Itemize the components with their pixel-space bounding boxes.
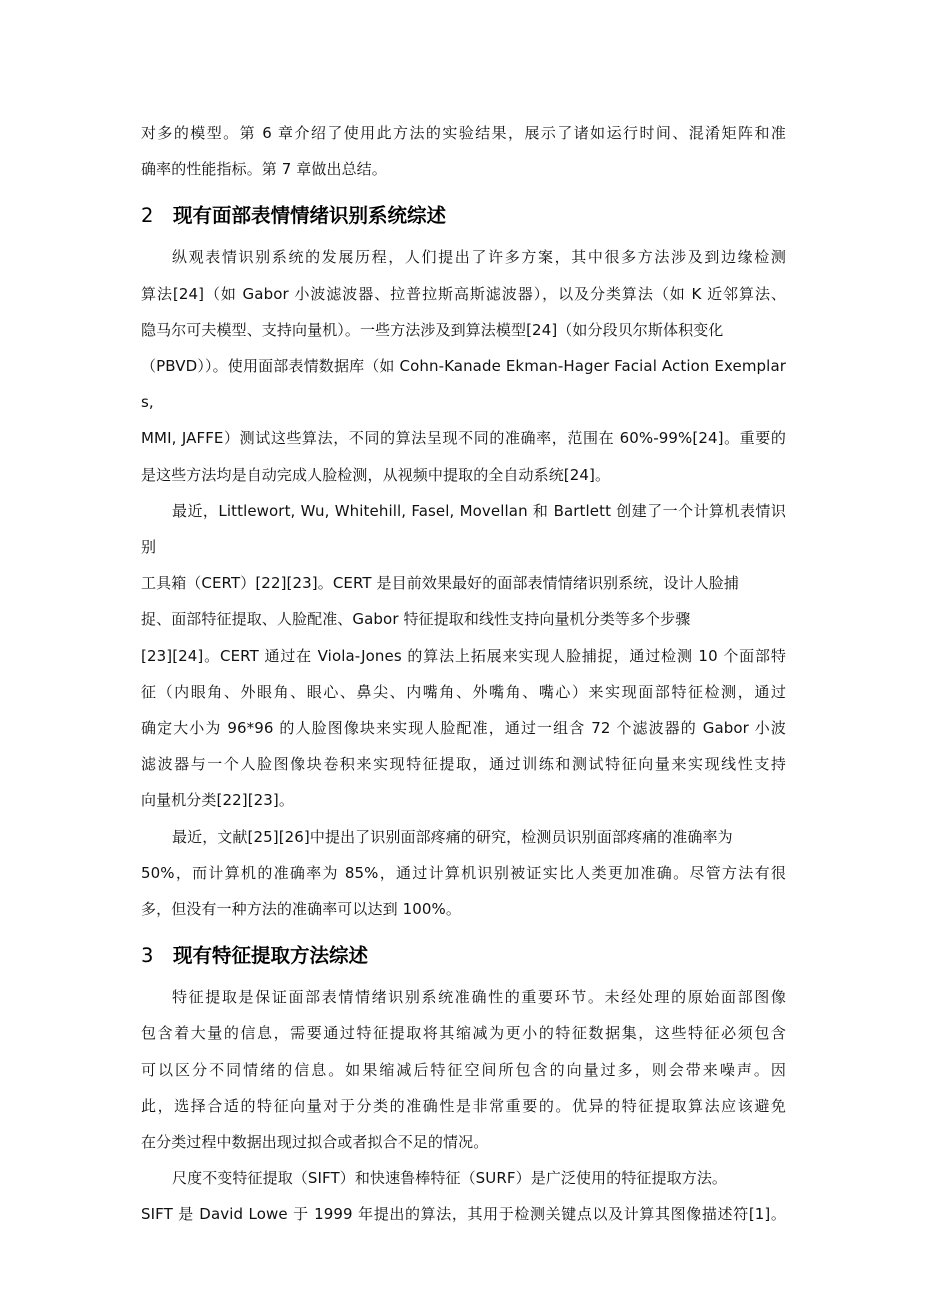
section-heading-2: 2 现有面部表情情绪识别系统综述 — [141, 201, 786, 231]
text-line: 在分类过程中数据出现过拟合或者拟合不足的情况。 — [141, 1124, 786, 1160]
text-line: 对多的模型。第 6 章介绍了使用此方法的实验结果，展示了诸如运行时间、混淆矩阵和… — [141, 115, 786, 151]
text-line: 纵观表情识别系统的发展历程，人们提出了许多方案，其中很多方法涉及到边缘检测 — [141, 239, 786, 275]
text-line: SIFT 是 David Lowe 于 1999 年提出的算法，其用于检测关键点… — [141, 1196, 786, 1232]
text-line: 捉、面部特征提取、人脸配准、Gabor 特征提取和线性支持向量机分类等多个步骤 — [141, 601, 786, 637]
section-heading-3: 3 现有特征提取方法综述 — [141, 941, 786, 971]
text-line: 算法[24]（如 Gabor 小波滤波器、拉普拉斯高斯滤波器），以及分类算法（如… — [141, 276, 786, 312]
section-number: 3 — [141, 941, 173, 971]
text-line: 可以区分不同情绪的信息。如果缩减后特征空间所包含的向量过多，则会带来噪声。因 — [141, 1052, 786, 1088]
text-line: MMI, JAFFE）测试这些算法，不同的算法呈现不同的准确率，范围在 60%-… — [141, 420, 786, 456]
section-number: 2 — [141, 201, 173, 231]
section-title: 现有面部表情情绪识别系统综述 — [173, 201, 446, 231]
paragraph-intro-end: 对多的模型。第 6 章介绍了使用此方法的实验结果，展示了诸如运行时间、混淆矩阵和… — [141, 115, 786, 187]
section-title: 现有特征提取方法综述 — [173, 941, 368, 971]
text-line: 是这些方法均是自动完成人脸检测，从视频中提取的全自动系统[24]。 — [141, 457, 786, 493]
text-line: 滤波器与一个人脸图像块卷积来实现特征提取，通过训练和测试特征向量来实现线性支持 — [141, 746, 786, 782]
text-line: 包含着大量的信息，需要通过特征提取将其缩减为更小的特征数据集，这些特征必须包含 — [141, 1015, 786, 1051]
paragraph-review-history: 纵观表情识别系统的发展历程，人们提出了许多方案，其中很多方法涉及到边缘检测 算法… — [141, 239, 786, 492]
text-line: 工具箱（CERT）[22][23]。CERT 是目前效果最好的面部表情情绪识别系… — [141, 565, 786, 601]
text-line: 多，但没有一种方法的准确率可以达到 100%。 — [141, 891, 786, 927]
paragraph-cert: 最近，Littlewort, Wu, Whitehill, Fasel, Mov… — [141, 493, 786, 819]
text-line: （PBVD））。使用面部表情数据库（如 Cohn-Kanade Ekman-Ha… — [141, 348, 786, 420]
document-page: 对多的模型。第 6 章介绍了使用此方法的实验结果，展示了诸如运行时间、混淆矩阵和… — [141, 115, 786, 1233]
paragraph-sift-surf: 尺度不变特征提取（SIFT）和快速鲁棒特征（SURF）是广泛使用的特征提取方法。… — [141, 1160, 786, 1232]
text-line: 确率的性能指标。第 7 章做出总结。 — [141, 151, 786, 187]
text-line: 此，选择合适的特征向量对于分类的准确性是非常重要的。优异的特征提取算法应该避免 — [141, 1088, 786, 1124]
text-line: [23][24]。CERT 通过在 Viola-Jones 的算法上拓展来实现人… — [141, 638, 786, 674]
text-line: 隐马尔可夫模型、支持向量机）。一些方法涉及到算法模型[24]（如分段贝尔斯体积变… — [141, 312, 786, 348]
paragraph-feature-extraction: 特征提取是保证面部表情情绪识别系统准确性的重要环节。未经处理的原始面部图像 包含… — [141, 979, 786, 1160]
text-line: 最近，文献[25][26]中提出了识别面部疼痛的研究，检测员识别面部疼痛的准确率… — [141, 819, 786, 855]
text-line: 50%，而计算机的准确率为 85%，通过计算机识别被证实比人类更加准确。尽管方法… — [141, 855, 786, 891]
text-line: 最近，Littlewort, Wu, Whitehill, Fasel, Mov… — [141, 493, 786, 565]
text-line: 确定大小为 96*96 的人脸图像块来实现人脸配准，通过一组含 72 个滤波器的… — [141, 710, 786, 746]
paragraph-pain-recognition: 最近，文献[25][26]中提出了识别面部疼痛的研究，检测员识别面部疼痛的准确率… — [141, 819, 786, 928]
text-line: 向量机分类[22][23]。 — [141, 782, 786, 818]
text-line: 尺度不变特征提取（SIFT）和快速鲁棒特征（SURF）是广泛使用的特征提取方法。 — [141, 1160, 786, 1196]
text-line: 特征提取是保证面部表情情绪识别系统准确性的重要环节。未经处理的原始面部图像 — [141, 979, 786, 1015]
text-line: 征（内眼角、外眼角、眼心、鼻尖、内嘴角、外嘴角、嘴心）来实现面部特征检测，通过 — [141, 674, 786, 710]
